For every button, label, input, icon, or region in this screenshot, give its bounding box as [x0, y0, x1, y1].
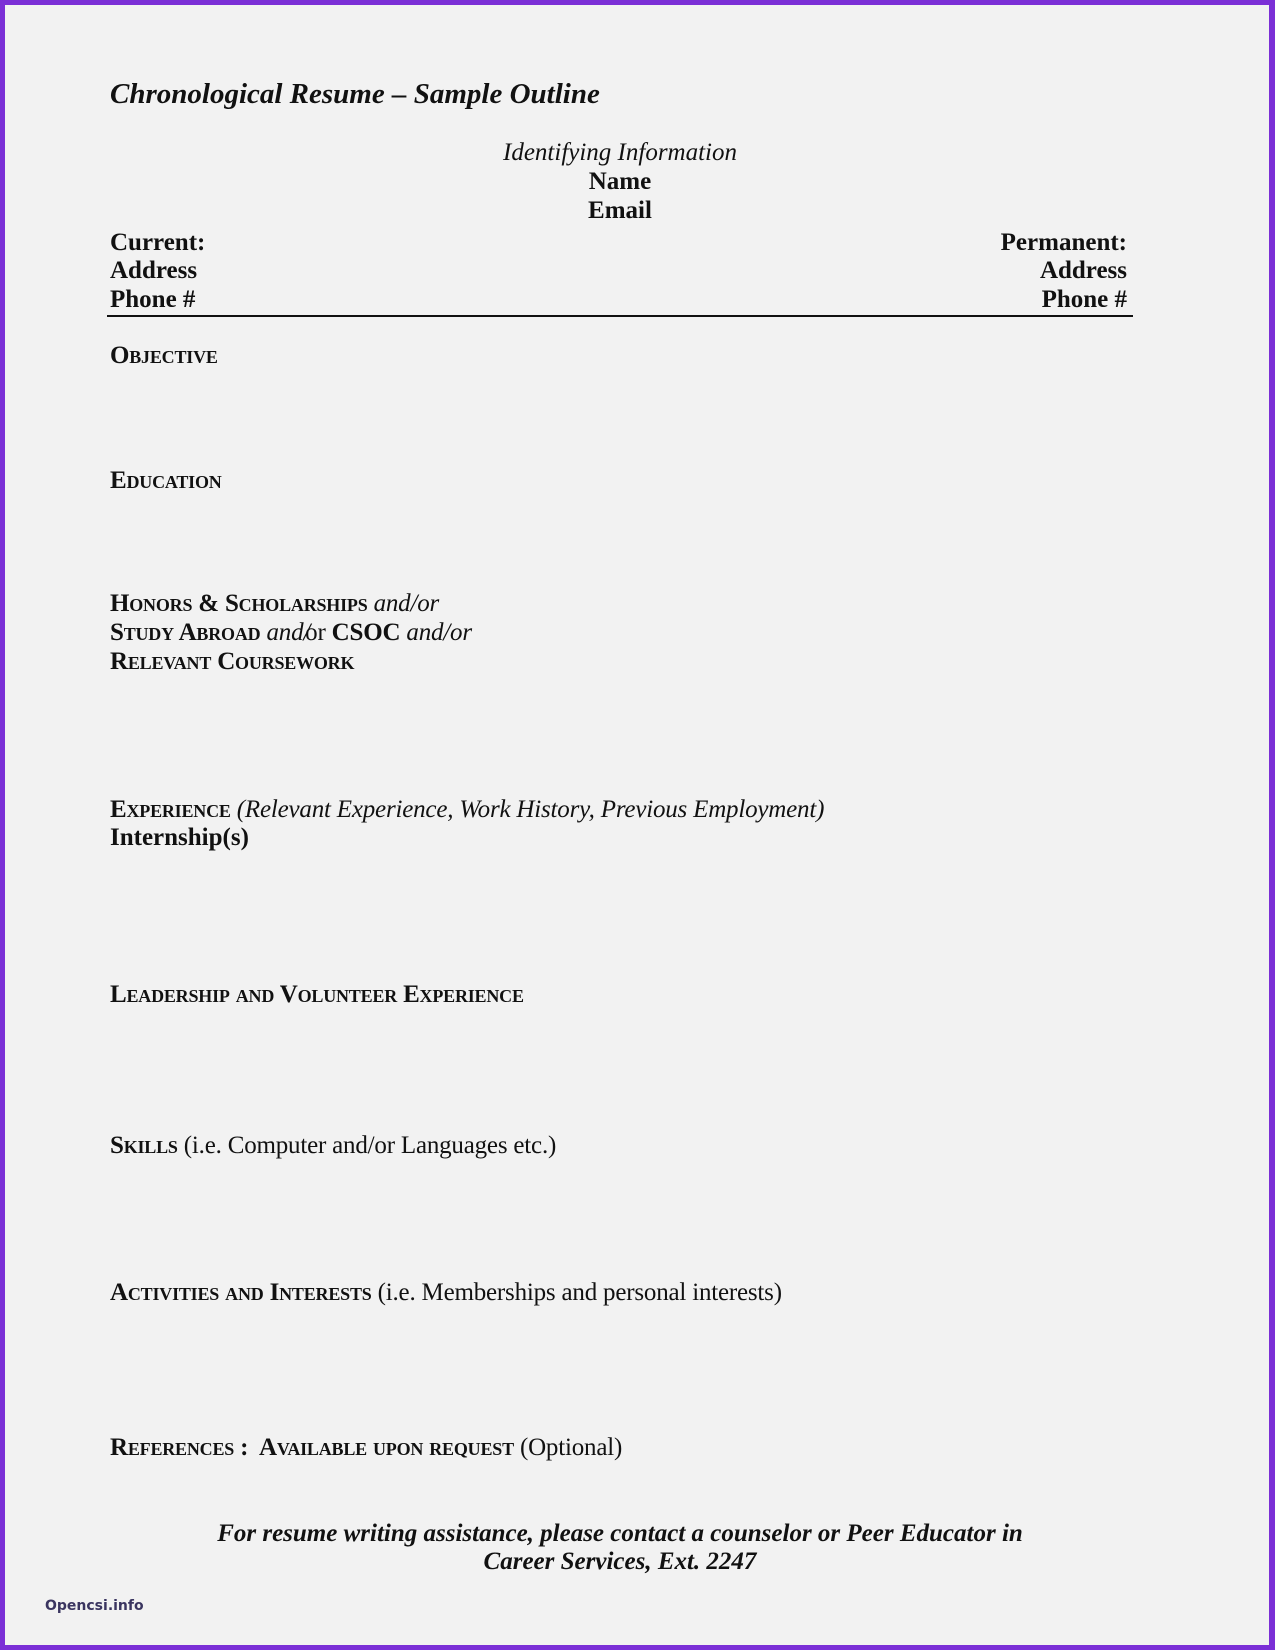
activities-note: (i.e. Memberships and personal interests… — [378, 1279, 782, 1306]
study-abroad-heading: Study Abroad — [110, 619, 260, 646]
permanent-phone: Phone # — [1042, 287, 1127, 312]
current-label: Current: — [110, 230, 205, 255]
study-abroad-or: or — [305, 619, 325, 646]
watermark-text: Opencsi.info — [45, 1598, 144, 1614]
footer-line-1: For resume writing assistance, please co… — [5, 1521, 1235, 1546]
csoc-heading: CSOC — [332, 619, 401, 646]
section-references: References : Available upon request (Opt… — [110, 1435, 622, 1460]
section-objective: Objective — [110, 343, 218, 368]
header-divider — [107, 315, 1133, 317]
document-title: Chronological Resume – Sample Outline — [110, 80, 600, 109]
name-placeholder: Name — [5, 169, 1235, 194]
references-heading: References — [110, 1434, 234, 1461]
references-value: Available upon request — [259, 1434, 514, 1461]
section-leadership: Leadership and Volunteer Experience — [110, 982, 524, 1007]
honors-andor: and/or — [374, 590, 439, 617]
csoc-andor: and/or — [406, 619, 471, 646]
internships-subheading: Internship(s) — [110, 825, 249, 850]
permanent-label: Permanent: — [1001, 230, 1127, 255]
current-address: Address — [110, 258, 197, 283]
activities-heading: Activities and Interests — [110, 1279, 372, 1306]
honors-heading: Honors & Scholarships — [110, 590, 368, 617]
current-phone: Phone # — [110, 287, 195, 312]
permanent-address: Address — [1040, 258, 1127, 283]
section-activities: Activities and Interests (i.e. Membershi… — [110, 1280, 782, 1305]
skills-note: (i.e. Computer and/or Languages etc.) — [184, 1132, 556, 1159]
skills-heading: Skills — [110, 1132, 178, 1159]
experience-note: (Relevant Experience, Work History, Prev… — [237, 796, 824, 823]
document-page: Chronological Resume – Sample Outline Id… — [5, 5, 1269, 1645]
experience-heading: Experience — [110, 796, 231, 823]
section-skills: Skills (i.e. Computer and/or Languages e… — [110, 1133, 556, 1158]
relevant-coursework-heading: Relevant Coursework — [110, 649, 354, 674]
section-education: Education — [110, 468, 222, 493]
footer-line-2: Career Services, Ext. 2247 — [5, 1549, 1235, 1574]
identifying-info-heading: Identifying Information — [5, 140, 1235, 165]
email-placeholder: Email — [5, 198, 1235, 223]
study-abroad-and: and/ — [267, 619, 311, 646]
references-colon: : — [234, 1434, 254, 1461]
references-note: (Optional) — [520, 1434, 622, 1461]
